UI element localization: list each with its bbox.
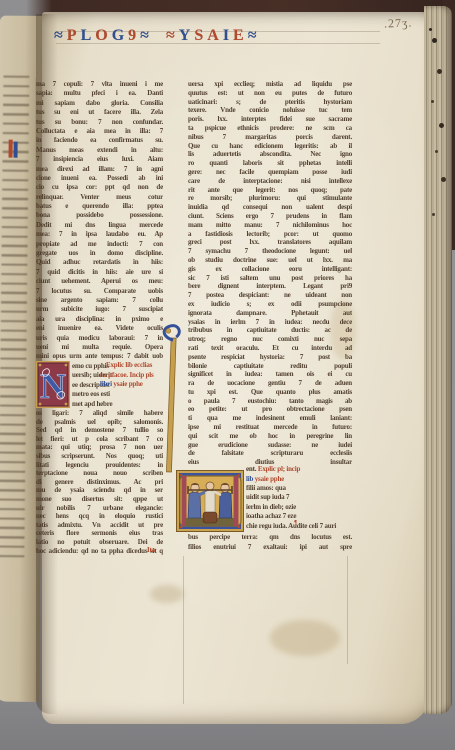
versal-letter: S bbox=[194, 26, 203, 46]
initial-n-artwork: N bbox=[36, 361, 70, 408]
running-title-prologus: ≈PLOG9≈ bbox=[54, 26, 153, 46]
rubric-incipit-liber-ysaie: lib ysaie pphe bbox=[246, 475, 284, 483]
text-line: ta pspicue ethnicis prodere: ne scm ca bbox=[188, 124, 352, 133]
versal-letter: 9 bbox=[128, 26, 136, 46]
text-line: o paula 7 eustochiu: tanto magis ab bbox=[188, 397, 352, 406]
text-line: sapia: multu pfeci i ea. Danti bbox=[36, 89, 163, 98]
text-line: mata: qui utiq; prosa 7 non uer bbox=[36, 443, 163, 452]
text-line: tatis admixtu. Vn accidit ut pre bbox=[36, 521, 163, 530]
rubric-red-words: Explic pl; incip bbox=[258, 465, 300, 473]
text-line: nibus 7 margaritas porcis darent. bbox=[188, 133, 352, 142]
versal-letter: ≈ bbox=[248, 26, 257, 46]
text-stub: ent. bbox=[246, 465, 256, 473]
text-line: sic 7 isti saltem unu post priores ha bbox=[188, 274, 352, 283]
text-line: let fieri: ut p cola scribant 7 co bbox=[36, 435, 163, 444]
text-line: ro quanti laboris sit pphetas intelli bbox=[188, 159, 352, 168]
text-line: mea direxi ad illam: 7 in agni bbox=[36, 165, 163, 174]
text-line: mu de ysaia sciendu qd in ser bbox=[36, 486, 163, 495]
rubric-explicit-prologus: ent. Explic pl; incip bbox=[246, 465, 300, 473]
text-line: poris. lxx. interptes fidei sue sacrame bbox=[188, 115, 352, 124]
text-line: ignorata dampnare. Pphetauit aut bbox=[188, 309, 352, 318]
right-column-text: bus percipe terra: qm dns locutus est.fi… bbox=[188, 532, 352, 552]
text-line: chie regu iuda. Audite celi 7 auri bbox=[246, 522, 350, 531]
text-line: terptacione noua nouo scriben bbox=[36, 469, 163, 478]
text-line: bilonie captiuitate reditu populi bbox=[188, 362, 352, 371]
text-line: cione inueni ea. Possedi ab ini bbox=[36, 174, 163, 183]
historiated-initial-v-sawing-of-isaiah bbox=[176, 470, 244, 532]
text-line: gere: nec facile quempiam posse iudi bbox=[188, 168, 352, 177]
text-line: propiate ad me indocti: 7 con bbox=[36, 240, 163, 249]
text-line: tus su eni ut facere illa. Zela bbox=[36, 108, 163, 117]
text-line: ciunt uehement. Aperui os meu: bbox=[36, 277, 163, 286]
text-line: sibus scripserunt. Nos quoq; uti bbox=[36, 452, 163, 461]
text-line: gue erudicione sudasse: ne iudei bbox=[188, 441, 352, 450]
text-line: greci post lxx. translatores aquilam bbox=[188, 238, 352, 247]
text-line: eo petite: ut pro obtrectacione psen bbox=[188, 405, 352, 414]
ruling-line bbox=[183, 556, 184, 704]
versal-letter: ≈ bbox=[166, 26, 175, 46]
text-line: ciunt. Sciens ergo 7 prudens in flam bbox=[188, 212, 352, 221]
text-line: rit ante que legerit: nos quoq; pate bbox=[188, 186, 352, 195]
text-line: psente respiciat hystoria: 7 post ba bbox=[188, 353, 352, 362]
rubric-ita: Ita bbox=[147, 546, 155, 554]
text-line: filii amos: qua bbox=[246, 484, 350, 493]
text-line: ipse mi restituat mercede in futuro: bbox=[188, 423, 352, 432]
right-column-text: uersa xpi ecclieq; mistia ad liquidu pse… bbox=[188, 80, 352, 467]
text-line: mi sapiam dabo gloria. Consilia bbox=[36, 99, 163, 108]
text-line: de psalmis uel opib; salomonis. bbox=[36, 418, 163, 427]
rubric-explicit-ecclesiasticus: Explic lib ecclias bbox=[106, 361, 152, 369]
left-column-text: ma 7 copuli: 7 vlta inueni i mesapia: mu… bbox=[36, 80, 163, 362]
rubric-blue-word: libri bbox=[100, 380, 112, 388]
text-line: eni inuenire ea. Videte oculis bbox=[36, 324, 163, 333]
text-line: 7 locutus su. Comparate uobis bbox=[36, 287, 163, 296]
text-line: ioatha achaz 7 eze bbox=[246, 512, 350, 521]
folio-number: .27ʒ. bbox=[384, 16, 413, 32]
text-line: a fastidiosis lectorib; pcor: ut quomo bbox=[188, 230, 352, 239]
text-line: Colluctata e aia mea in illa: 7 bbox=[36, 127, 163, 136]
text-line: aia ura disciplina: in pximo e bbox=[36, 315, 163, 324]
text-line: 7 symachu 7 theodocione legunt: uel bbox=[188, 247, 352, 256]
text-line: Que cu hanc edicionem legeritis: ab il bbox=[188, 142, 352, 151]
text-line: mea: 7 in ipsa laudabo eu. Ap bbox=[36, 230, 163, 239]
text-line: Sed qd in demostene 7 tullio so bbox=[36, 426, 163, 435]
text-line: latio no potuit obseruare. Dei de bbox=[36, 538, 163, 547]
text-line: urm subicite iugo: 7 suscipiat bbox=[36, 305, 163, 314]
text-line: cio cu ipsa cor: ppt qd non de bbox=[36, 183, 163, 192]
text-line: re morsib; plurimoru: qui stimulante bbox=[188, 194, 352, 203]
text-line: significet in iudea: tamen ois ei cu bbox=[188, 370, 352, 379]
paraph-mark: ¶ bbox=[294, 520, 297, 526]
running-title-ysaie: ≈YSAIE≈ bbox=[166, 26, 261, 46]
text-line: in faciendo ea confirmatus su. bbox=[36, 136, 163, 145]
versal-letter: A bbox=[207, 26, 219, 46]
ink-speckles bbox=[429, 28, 432, 31]
text-line: mam mitto manu: 7 nichilominus hoc bbox=[188, 221, 352, 230]
fore-edge-page-stack bbox=[424, 6, 452, 714]
text-line: Dedit mi dns lingua mercede bbox=[36, 221, 163, 230]
text-line: gis ex collacione eoru intelligant: bbox=[188, 265, 352, 274]
text-line: inuidia qd consequi non ualent despi bbox=[188, 203, 352, 212]
text-line: ysaias in ierlm 7 in iudea: necdu dece bbox=[188, 318, 352, 327]
left-column-text: os ligari: 7 aliqd simile haberede psalm… bbox=[36, 409, 163, 555]
text-line: gregate uos in domo discipline. bbox=[36, 249, 163, 258]
text-line: relinquar. Venter meus cotur bbox=[36, 193, 163, 202]
right-column-wrapped-text: filii amos: quauidit sup iuda 7ierlm in … bbox=[246, 484, 350, 531]
text-line: uersa xpi ecclieq; mistia ad liquidu pse bbox=[188, 80, 352, 89]
versal-letter: ≈ bbox=[54, 26, 63, 46]
versal-letter: G bbox=[112, 26, 124, 46]
tree-trunk bbox=[203, 512, 217, 523]
text-line: os ligari: 7 aliqd simile habere bbox=[36, 409, 163, 418]
text-line: utroq; regno nuc comixti nuc sepa bbox=[188, 335, 352, 344]
text-line: Manus meas extendi in altu: bbox=[36, 146, 163, 155]
text-line: de falsitate scripturaru ecclesiis bbox=[188, 449, 352, 458]
svg-text:N: N bbox=[40, 366, 66, 406]
initial-ascender-bar bbox=[155, 324, 189, 474]
ascender-bar-artwork bbox=[155, 324, 189, 474]
text-line: bere dignent interptem. Legant pri9 bbox=[188, 282, 352, 291]
text-line: ob studiu doctrine sue: uel ut lxx. ma bbox=[188, 256, 352, 265]
text-line: met apd hebre bbox=[72, 400, 163, 409]
text-line: nec hens qcq in eloquio rustici bbox=[36, 512, 163, 521]
text-line: bona possidebo possessione. bbox=[36, 211, 163, 220]
versal-letter: L bbox=[81, 26, 92, 46]
parchment-stain bbox=[270, 620, 340, 656]
rubric-red-word: ysaie pphe bbox=[113, 380, 142, 388]
text-line: tus su bonu: 7 non confundar. bbox=[36, 118, 163, 127]
text-line: filios enutriui 7 exaltaui: ipi aut spre bbox=[188, 542, 352, 552]
text-line: uidit sup iuda 7 bbox=[246, 493, 350, 502]
text-line: 7 quid dicitis in hiis: aie ure si bbox=[36, 268, 163, 277]
text-line: litati legenciu prouidentes: in bbox=[36, 461, 163, 470]
manuscript-photo: ≈PLOG9≈ ≈YSAIE≈ .27ʒ. ma 7 copuli: 7 vlt… bbox=[0, 0, 455, 750]
ruling-line bbox=[347, 556, 348, 664]
text-line: qui scit me ob hoc in peregrine lin bbox=[188, 432, 352, 441]
text-line: care de interptacione: nisi intellexe bbox=[188, 177, 352, 186]
text-line: mone suo disertus sit: qppe ut bbox=[36, 495, 163, 504]
miniature-artwork bbox=[176, 470, 244, 532]
illuminated-initial-n: N bbox=[36, 361, 70, 408]
text-line: ceteris flore sermonis eius tras bbox=[36, 529, 163, 538]
text-line: ex iudicio s; ex odii psumpcione bbox=[188, 300, 352, 309]
text-line: batus e querendo illa: pptea bbox=[36, 202, 163, 211]
text-line: metro eos esti bbox=[72, 390, 163, 399]
versal-letter: E bbox=[233, 26, 244, 46]
versal-letter: O bbox=[95, 26, 107, 46]
rubric-blue-word: lib bbox=[246, 475, 253, 483]
text-line: 7 postea despiciant: ne uideant non bbox=[188, 291, 352, 300]
text-line: tu xpi est. Que quanto plus amatis bbox=[188, 388, 352, 397]
text-line: hoc adiciendu: qd no ta ppha dicedus sit… bbox=[36, 547, 163, 556]
text-line: texere. Vnde conicio noluisse tuc tem bbox=[188, 106, 352, 115]
versal-letter: Y bbox=[179, 26, 191, 46]
text-line: rati texit oraculu. Et cu interdu ad bbox=[188, 344, 352, 353]
text-line: lis aduertetis abscondita. Nec igno bbox=[188, 150, 352, 159]
text-line: tribubus in captiuitate ductis: ac de bbox=[188, 326, 352, 335]
text-line: ueni mi multa requie. Opera bbox=[36, 343, 163, 352]
text-line: uir nobilis 7 urbane elegancie: bbox=[36, 504, 163, 513]
text-line: ti qua me indesinent emuli laniant: bbox=[188, 414, 352, 423]
versal-letter: ≈ bbox=[140, 26, 149, 46]
text-line: Quid adhuc retardatis in hiis: bbox=[36, 258, 163, 267]
text-line: quutus est: ut non eu putes de futuro bbox=[188, 89, 352, 98]
text-line: uaticinari: s; de pteritis hystoriam bbox=[188, 98, 352, 107]
text-line: 7 insipiencia eius luxi. Aiam bbox=[36, 155, 163, 164]
text-line: ierlm in dieb; ozie bbox=[246, 503, 350, 512]
versal-letter: P bbox=[67, 26, 77, 46]
text-line: ra de uocacione gentiu 7 de aduen bbox=[188, 379, 352, 388]
versal-letter: I bbox=[223, 26, 229, 46]
text-line: ma 7 copuli: 7 vlta inueni i me bbox=[36, 80, 163, 89]
parchment-stain bbox=[150, 585, 184, 603]
facing-page-initial-red bbox=[9, 140, 13, 158]
text-line: bus percipe terra: qm dns locutus est. bbox=[188, 532, 352, 542]
text-line: uris quia modicu laboraui: 7 in bbox=[36, 334, 163, 343]
rubric-red-words: ysaie pphe bbox=[255, 475, 284, 483]
facing-page-initial-blue bbox=[14, 142, 18, 158]
text-line: di genere distinximus. Ac pri bbox=[36, 478, 163, 487]
text-line: sine argento sapiam: 7 collu bbox=[36, 296, 163, 305]
rubric-liber-ysaie: libri ysaie pphe bbox=[100, 380, 143, 388]
rubric-incipit-prologus: cu pfacoe. Incip pls bbox=[100, 371, 154, 379]
